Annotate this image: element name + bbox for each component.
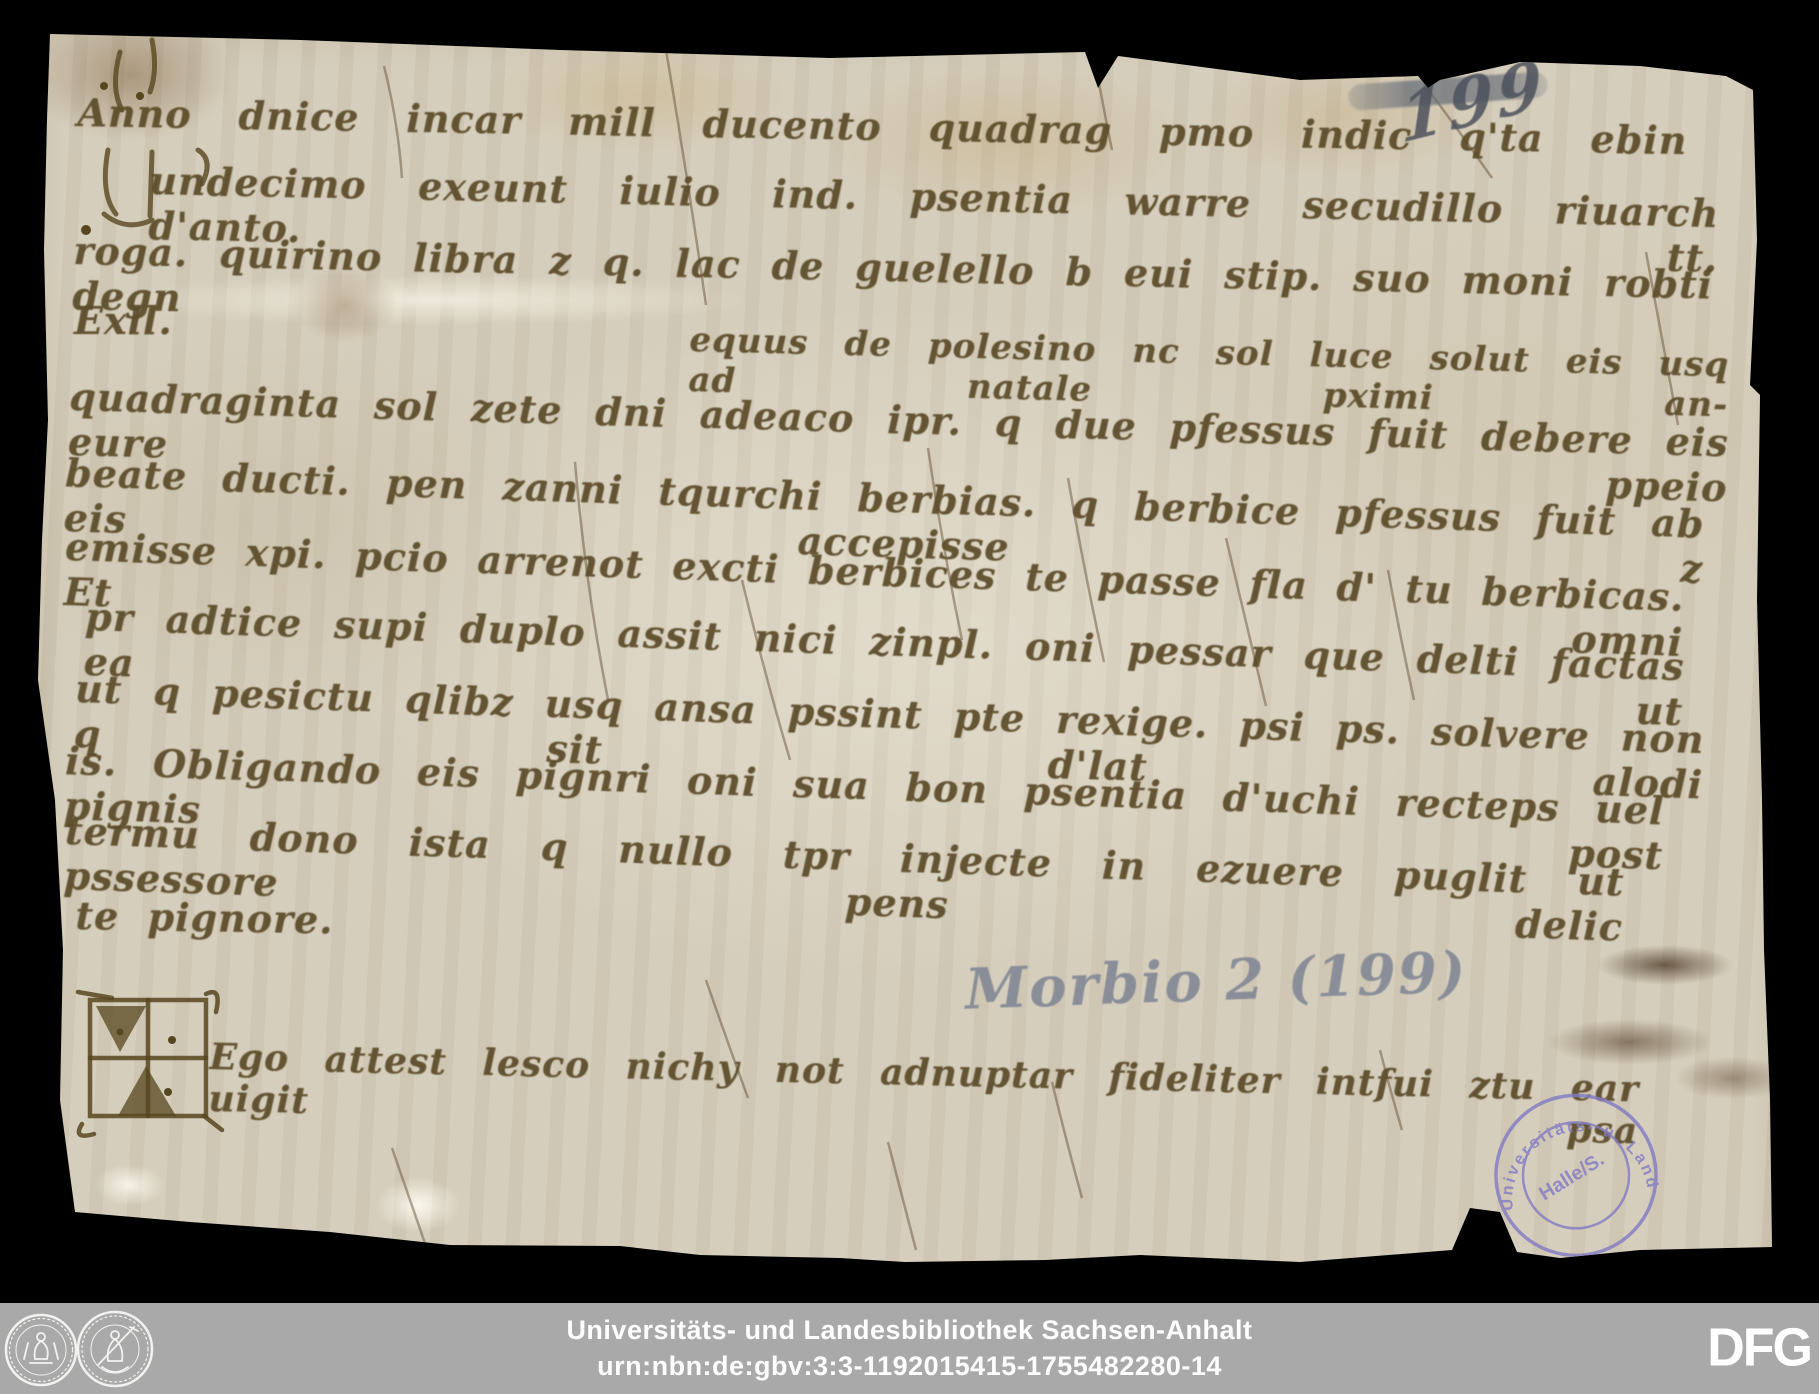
footer-bar: Universitäts- und Landesbibliothek Sachs…	[0, 1303, 1819, 1394]
notary-subscription-line: Ego attest lesco nichy not adnuptar fide…	[208, 1036, 1640, 1152]
dfg-logo: DFG	[1707, 1316, 1811, 1378]
notary-signum-icon	[78, 992, 222, 1136]
manuscript-line: te pignore.	[75, 893, 334, 942]
footer-text-block: Universitäts- und Landesbibliothek Sachs…	[0, 1303, 1819, 1394]
stamp-center-text: Halle/S.	[1535, 1148, 1608, 1205]
library-stamp: Universitäts- u. Landesbibliothek Halle/…	[1466, 1065, 1689, 1271]
viewer-canvas: Anno dnice incar mill ducento quadrag pm…	[0, 0, 1819, 1394]
urn-identifier: urn:nbn:de:gbv:3:3-1192015415-1755482280…	[597, 1353, 1222, 1380]
parchment-charter: Anno dnice incar mill ducento quadrag pm…	[0, 0, 1819, 1394]
manuscript-line: Exll.	[74, 298, 173, 343]
library-name: Universitäts- und Landesbibliothek Sachs…	[566, 1317, 1252, 1344]
pencil-shelfmark: Morbio 2 (199)	[964, 939, 1468, 1022]
